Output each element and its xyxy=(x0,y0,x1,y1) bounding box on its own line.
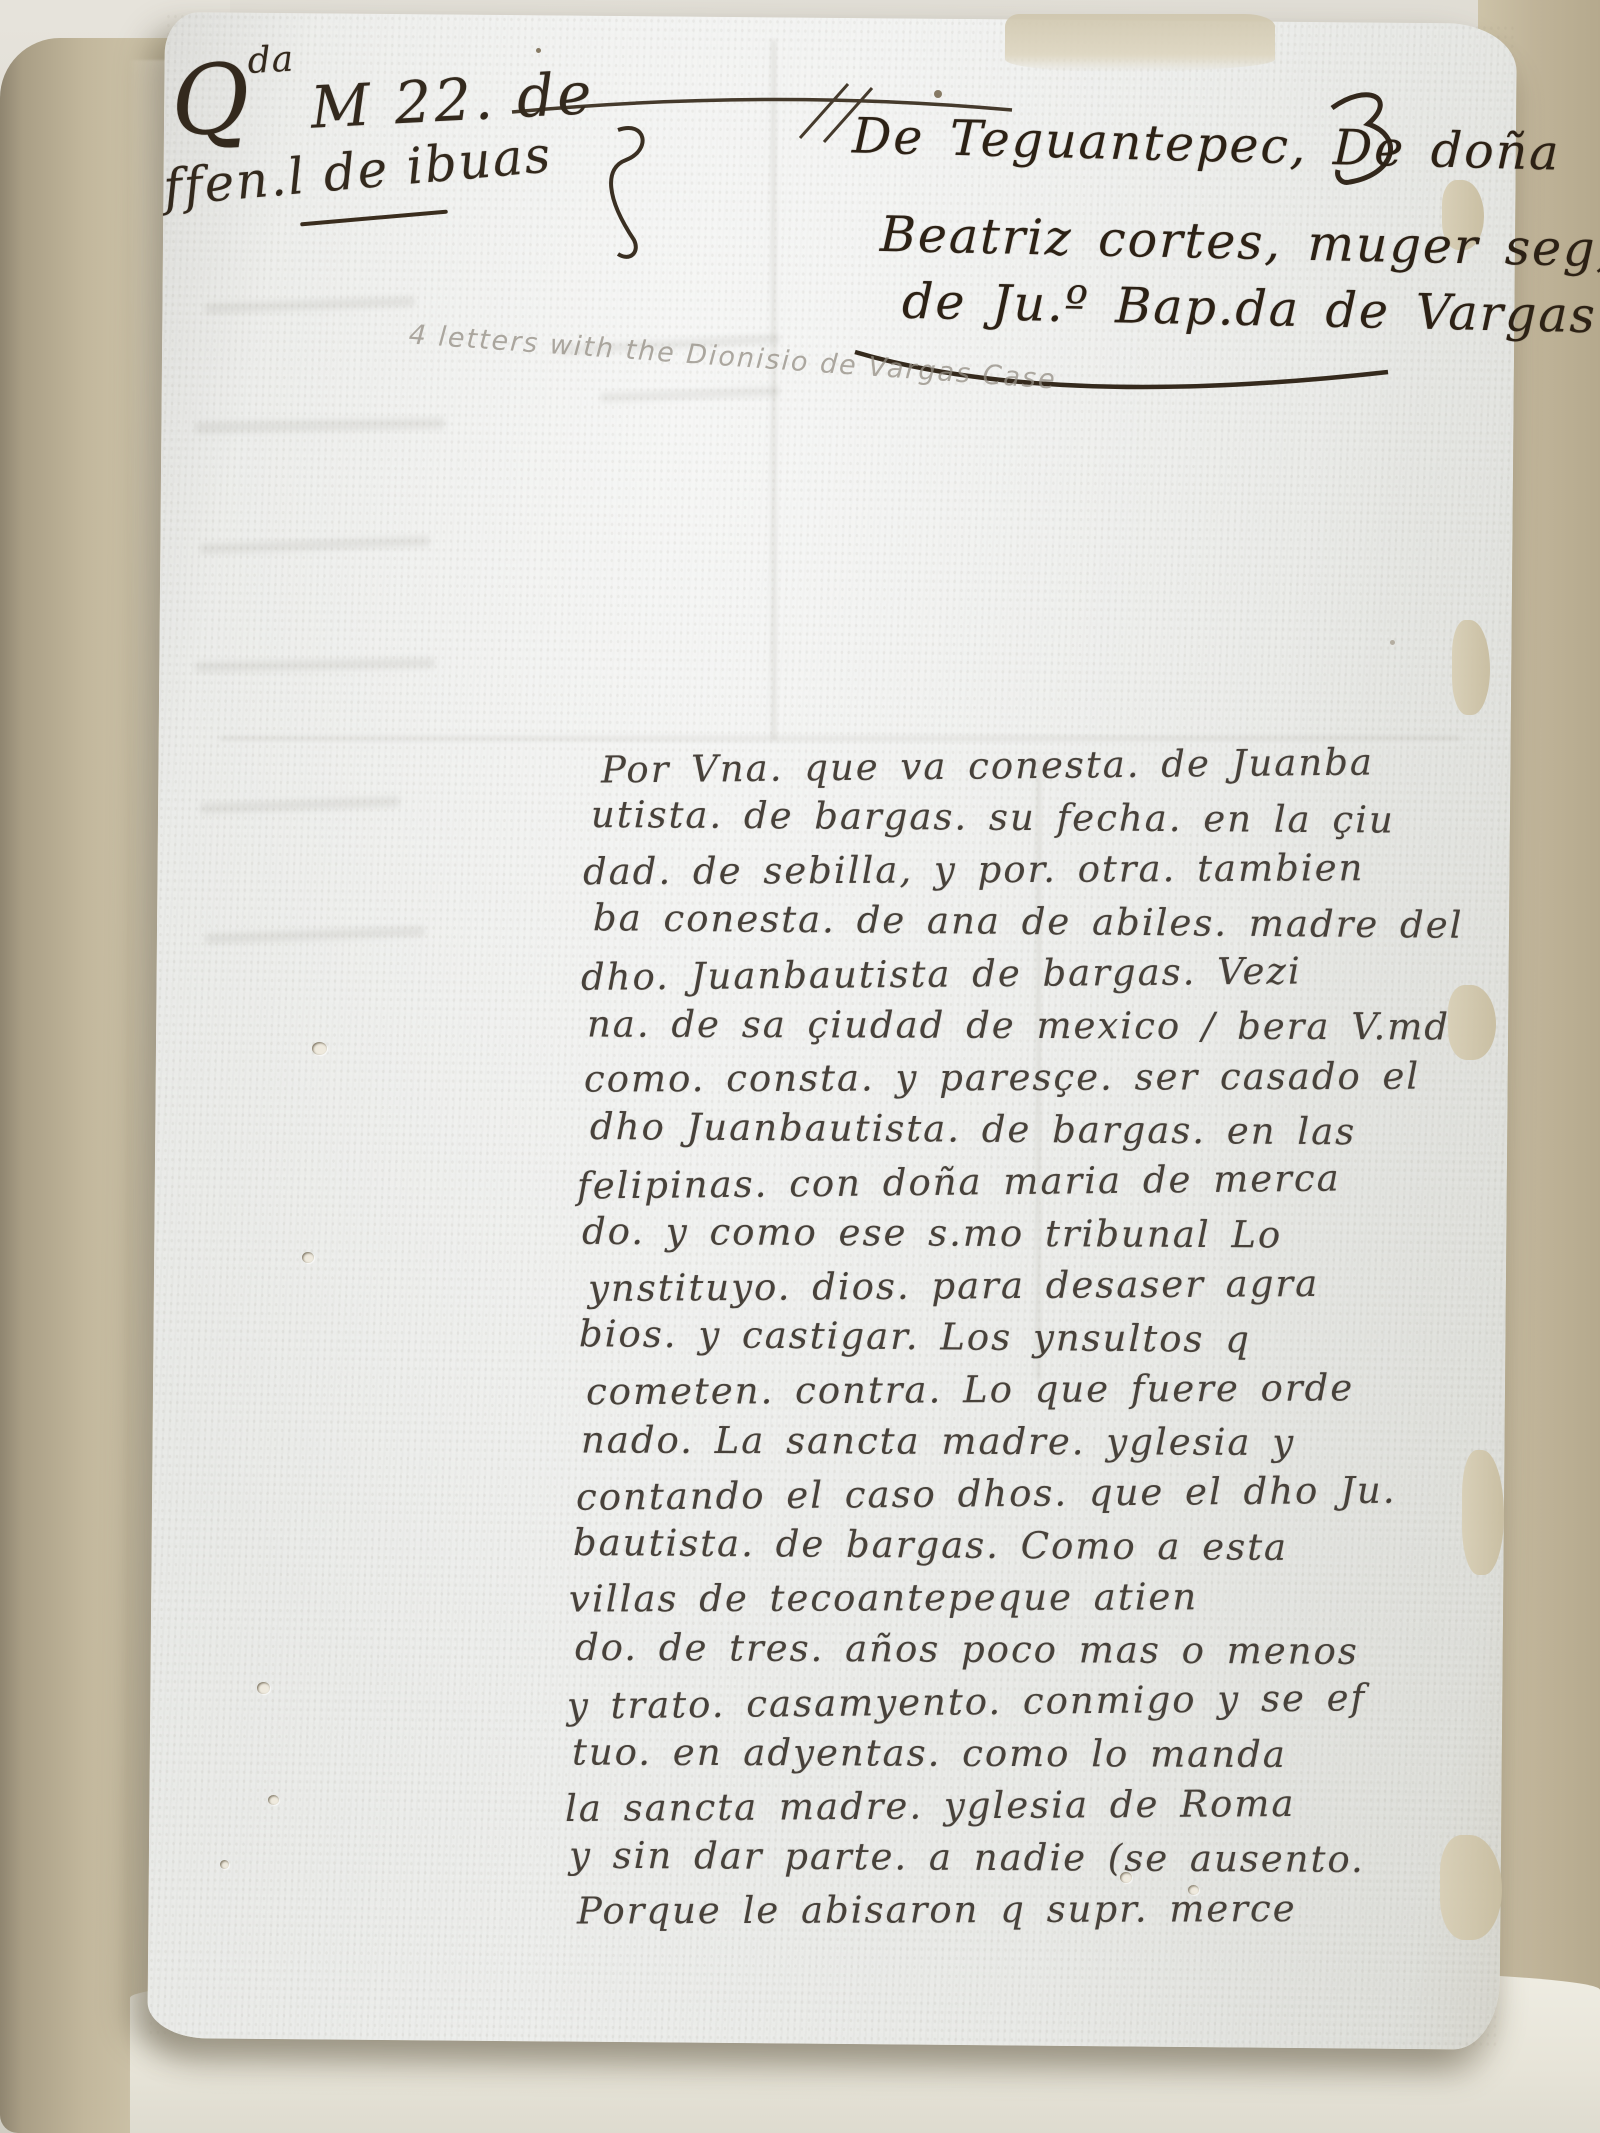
torn-edge-chip xyxy=(1462,1450,1504,1575)
manuscript-line: ba conesta. de ana de abiles. madre del xyxy=(593,892,1464,952)
manuscript-line: do. de tres. años poco mas o menos xyxy=(575,1622,1446,1679)
manuscript-line: como. consta. y paresçe. ser casado el xyxy=(584,1050,1455,1105)
manuscript-line: Porque le abisaron q supr. merce xyxy=(577,1882,1448,1937)
manuscript-line: bautista. de bargas. Como a esta xyxy=(573,1517,1444,1575)
archival-abbr: Q xyxy=(168,42,252,158)
manuscript-line: y trato. casamyento. conmigo y se ef xyxy=(567,1671,1438,1732)
manuscript-line: dho Juanbautista. de bargas. en las xyxy=(590,1101,1461,1159)
manuscript-line: dho. Juanbautista de bargas. Vezi xyxy=(581,944,1452,1004)
ink-speck xyxy=(1390,640,1395,645)
torn-top-edge xyxy=(1005,14,1275,72)
manuscript-line: tuo. en adyentas. como lo manda xyxy=(572,1726,1443,1781)
wormhole xyxy=(257,1682,270,1694)
photo-of-manuscript: { "archival": { "top_left": { "abbr": "Q… xyxy=(0,0,1600,2133)
archival-abbr-superscript: da xyxy=(247,39,296,82)
manuscript-line: ynstituyo. dios. para desaser agra xyxy=(588,1257,1459,1315)
manuscript-line: contando el caso dhos. que el dho Ju. xyxy=(576,1464,1447,1524)
manuscript-line: la sancta madre. yglesia de Roma xyxy=(565,1777,1436,1835)
manuscript-line: dad. de sebilla, y por. otra. tambien xyxy=(583,842,1454,899)
wormhole xyxy=(302,1252,314,1263)
manuscript-body: Por Vna. que va conesta. de Juanbautista… xyxy=(585,740,1455,1936)
wormhole xyxy=(220,1860,229,1869)
manuscript-line: na. de sa çiudad de mexico / bera V.md xyxy=(587,998,1458,1053)
archival-inscription: QdaM 22. de ffen.l de ibuas xyxy=(168,23,599,209)
manuscript-line: bios. y castigar. Los ynsultos q xyxy=(579,1308,1450,1368)
manuscript-line: Por Vna. que va conesta. de Juanba xyxy=(601,735,1472,796)
ink-speck xyxy=(934,90,942,98)
manuscript-line: villas de tecoantepeque atien xyxy=(569,1570,1440,1625)
wormhole xyxy=(268,1795,279,1805)
manuscript-line: utista. de bargas. su fecha. en la çiu xyxy=(591,789,1462,847)
manuscript-line: y sin dar parte. a nadie (se ausento. xyxy=(569,1830,1440,1887)
wormhole xyxy=(312,1042,327,1055)
torn-edge-chip xyxy=(1452,620,1490,715)
manuscript-line: do. y como ese s.mo tribunal Lo xyxy=(582,1206,1453,1263)
manuscript-line: nado. La sancta madre. yglesia y xyxy=(581,1414,1452,1469)
manuscript-line: felipinas. con doña maria de merca xyxy=(577,1151,1448,1212)
manuscript-line: cometen. contra. Lo que fuere orde xyxy=(586,1362,1457,1419)
